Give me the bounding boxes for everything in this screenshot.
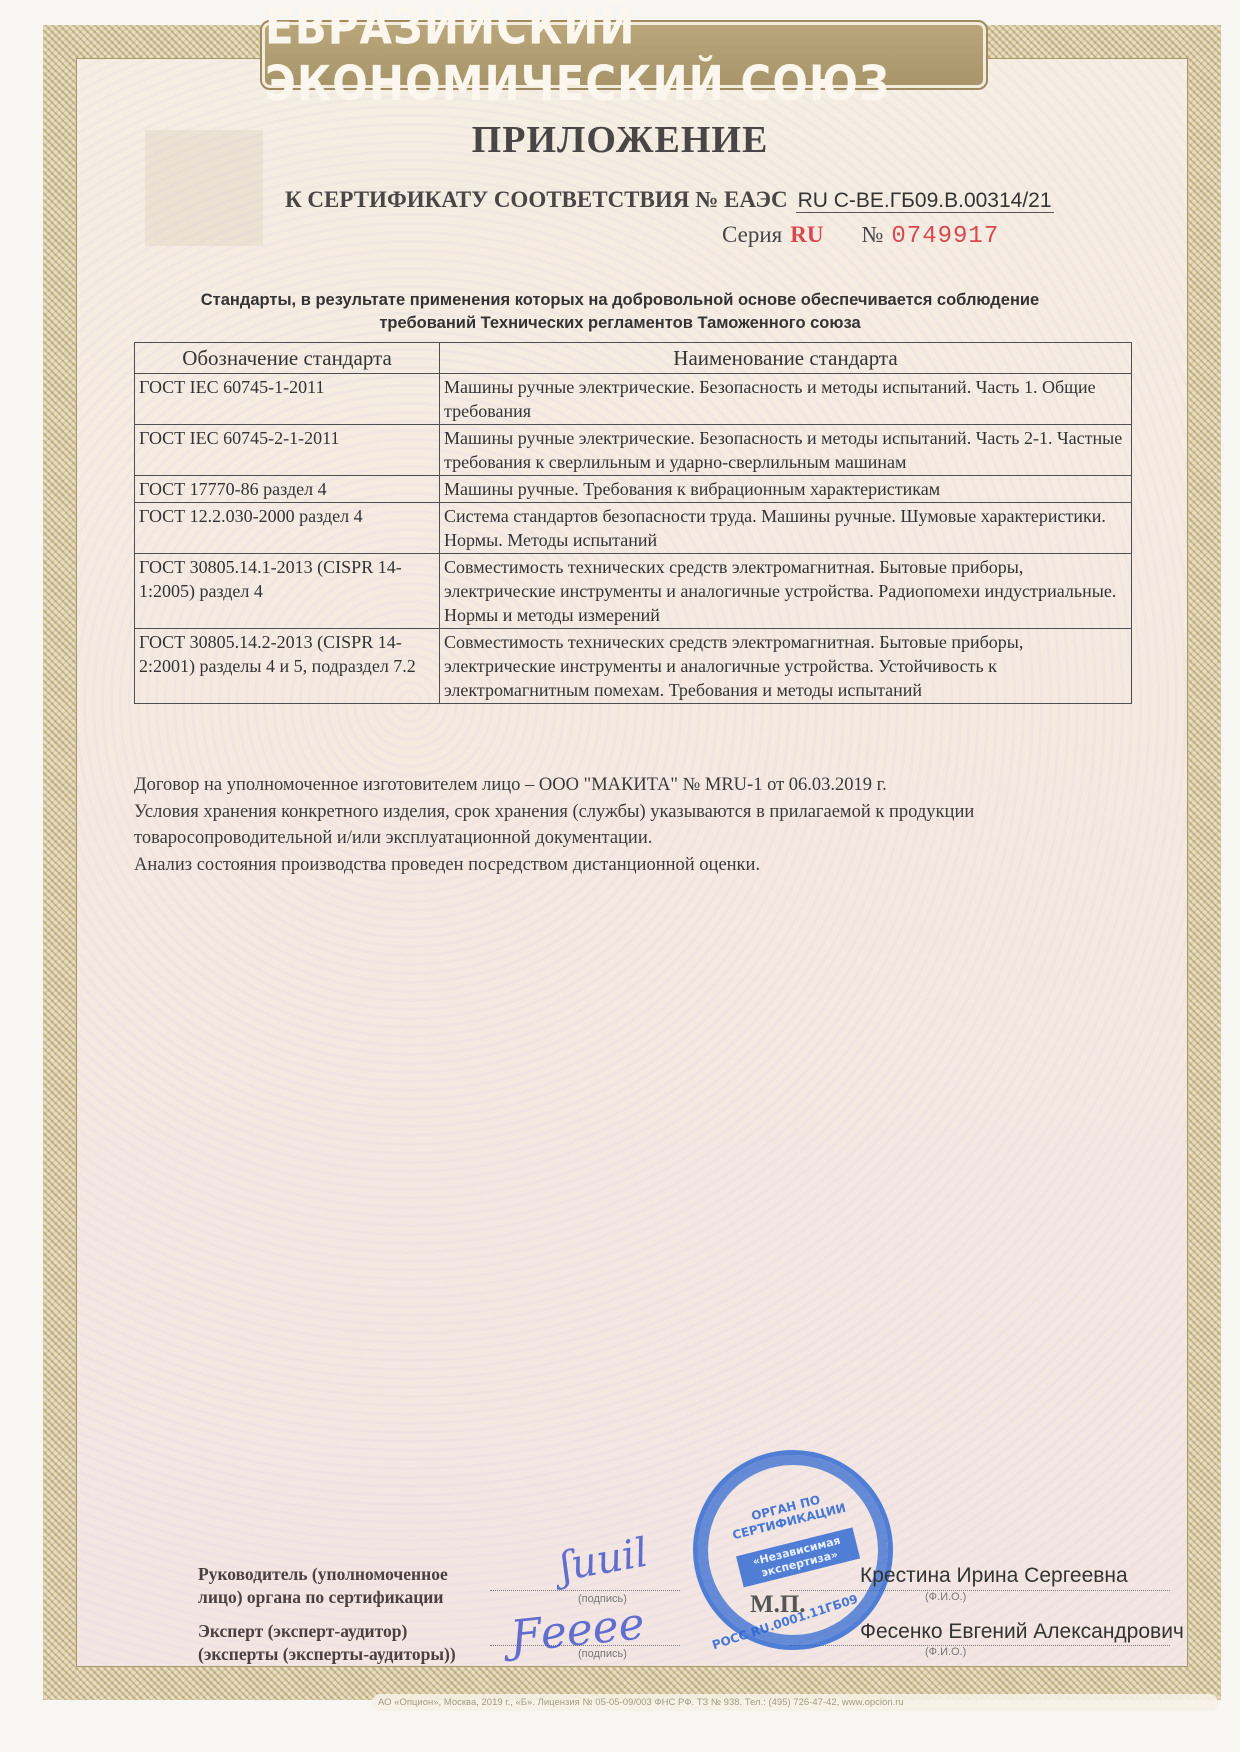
table-row: ГОСТ 12.2.030-2000 раздел 4 Система стан… bbox=[135, 503, 1132, 554]
standard-name: Система стандартов безопасности труда. М… bbox=[440, 503, 1132, 554]
certificate-number: RU C-BE.ГБ09.В.00314/21 bbox=[796, 189, 1054, 213]
series-label: Серия bbox=[722, 222, 782, 247]
column-header-name: Наименование стандарта bbox=[440, 343, 1132, 374]
union-banner: ЕВРАЗИЙСКИЙ ЭКОНОМИЧЕСКИЙ СОЮЗ bbox=[262, 22, 986, 88]
blank-number: 0749917 bbox=[891, 223, 999, 250]
seal-placeholder-label: М.П. bbox=[750, 1591, 806, 1619]
expert-label-line-2: (эксперты (эксперты-аудиторы)) bbox=[198, 1643, 456, 1666]
expert-name-line bbox=[790, 1645, 1170, 1646]
note-contract: Договор на уполномоченное изготовителем … bbox=[134, 772, 1134, 799]
expert-name: Фесенко Евгений Александрович bbox=[860, 1620, 1184, 1644]
head-label-line-1: Руководитель (уполномоченное bbox=[198, 1563, 456, 1586]
note-analysis: Анализ состояния производства проведен п… bbox=[134, 852, 1134, 879]
number-label: № bbox=[861, 222, 883, 247]
head-fio-caption: (Ф.И.О.) bbox=[925, 1591, 966, 1603]
standard-name: Совместимость технических средств электр… bbox=[440, 554, 1132, 629]
table-row: ГОСТ 30805.14.1-2013 (CISPR 14-1:2005) р… bbox=[135, 554, 1132, 629]
expert-label-line-1: Эксперт (эксперт-аудитор) bbox=[198, 1620, 456, 1643]
standard-code: ГОСТ 17770-86 раздел 4 bbox=[135, 476, 440, 503]
intro-line-2: требований Технических регламентов Тамож… bbox=[130, 312, 1110, 335]
certificate-reference: К СЕРТИФИКАТУ СООТВЕТСТВИЯ № ЕАЭСRU C-BE… bbox=[285, 187, 1054, 213]
certificate-label: К СЕРТИФИКАТУ СООТВЕТСТВИЯ № ЕАЭС bbox=[285, 187, 788, 212]
standard-code: ГОСТ IEC 60745-1-2011 bbox=[135, 374, 440, 425]
head-name: Крестина Ирина Сергеевна bbox=[860, 1564, 1128, 1588]
standard-name: Машины ручные электрические. Безопасност… bbox=[440, 425, 1132, 476]
standard-name: Машины ручные. Требования к вибрационным… bbox=[440, 476, 1132, 503]
document-title: ПРИЛОЖЕНИЕ bbox=[0, 118, 1240, 162]
table-row: ГОСТ IEC 60745-2-1-2011 Машины ручные эл… bbox=[135, 425, 1132, 476]
standards-intro: Стандарты, в результате применения котор… bbox=[130, 289, 1110, 335]
table-row: ГОСТ 17770-86 раздел 4 Машины ручные. Тр… bbox=[135, 476, 1132, 503]
head-signature-line bbox=[490, 1590, 680, 1591]
table-row: ГОСТ IEC 60745-1-2011 Машины ручные элек… bbox=[135, 374, 1132, 425]
table-row: ГОСТ 30805.14.2-2013 (CISPR 14-2:2001) р… bbox=[135, 629, 1132, 704]
column-header-code: Обозначение стандарта bbox=[135, 343, 440, 374]
signature-labels: Руководитель (уполномоченное лицо) орган… bbox=[198, 1563, 456, 1677]
note-storage: Условия хранения конкретного изделия, ср… bbox=[134, 799, 1134, 852]
series-code: RU bbox=[790, 222, 823, 247]
standard-name: Совместимость технических средств электр… bbox=[440, 629, 1132, 704]
table-header-row: Обозначение стандарта Наименование станд… bbox=[135, 343, 1132, 374]
banner-text: ЕВРАЗИЙСКИЙ ЭКОНОМИЧЕСКИЙ СОЮЗ bbox=[265, 0, 983, 111]
intro-line-1: Стандарты, в результате применения котор… bbox=[130, 289, 1110, 312]
printer-imprint: АО «Опцион», Москва, 2019 г., «Б». Лицен… bbox=[372, 1694, 1218, 1711]
standard-code: ГОСТ 12.2.030-2000 раздел 4 bbox=[135, 503, 440, 554]
expert-fio-caption: (Ф.И.О.) bbox=[925, 1646, 966, 1658]
head-label-line-2: лицо) органа по сертификации bbox=[198, 1586, 456, 1609]
notes: Договор на уполномоченное изготовителем … bbox=[134, 772, 1134, 878]
standard-name: Машины ручные электрические. Безопасност… bbox=[440, 374, 1132, 425]
series-line: СерияRU№0749917 bbox=[722, 222, 999, 250]
standards-table: Обозначение стандарта Наименование станд… bbox=[134, 342, 1132, 704]
standard-code: ГОСТ 30805.14.1-2013 (CISPR 14-1:2005) р… bbox=[135, 554, 440, 629]
standard-code: ГОСТ 30805.14.2-2013 (CISPR 14-2:2001) р… bbox=[135, 629, 440, 704]
standard-code: ГОСТ IEC 60745-2-1-2011 bbox=[135, 425, 440, 476]
